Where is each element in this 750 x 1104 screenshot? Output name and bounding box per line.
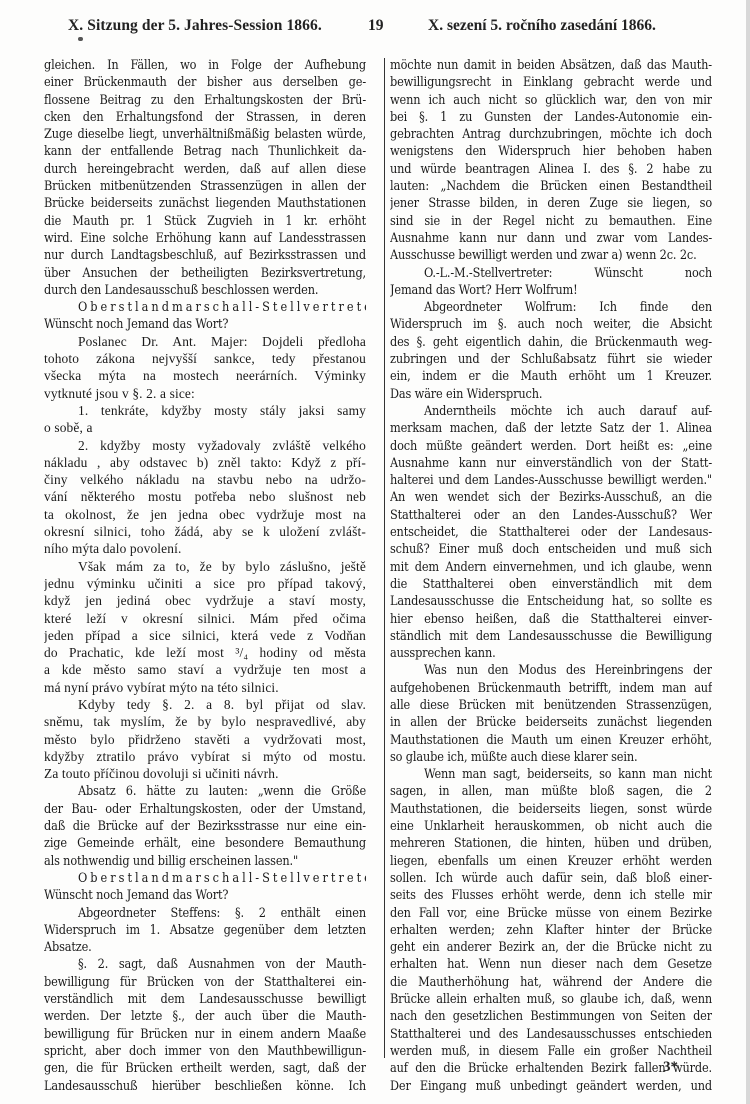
text-line: die Mauth pr. 1 Stück Zugvieh in 1 kr. e… [44,212,366,229]
text-line: die Mautherhöhung hat, während der Ander… [390,973,712,990]
text-line: wenigstens den Widerspruch hier behoben … [390,142,712,159]
text-line: erhalten werden; zehn Klafter hinter der… [390,921,712,938]
text-line: kann der entfallende Betrag nach Thunlic… [44,142,366,159]
text-line: Brücke allein erhalten muß, so glaube ic… [390,990,712,1007]
text-line: 2. kdyžby mosty vyžadovaly zvláště velké… [44,437,366,454]
text-line: sagen, in allen, man müßte bloß sagen, d… [390,782,712,799]
text-line: der Bau- oder Erhaltungskosten, oder der… [44,800,366,817]
text-line: všecka mýta na mostech neerárních. Výmin… [44,367,366,384]
text-line: Brücken mitbenützenden Strassenzügen in … [44,177,366,194]
text-line: möchte nun damit in beiden Absätzen, daß… [390,56,712,73]
text-line: nach den gesetzlichen Bestimmungen von S… [390,1007,712,1024]
document-page: X. Sitzung der 5. Jahres-Session 1866. 1… [0,0,750,1104]
text-line: bewilligung für Brücken nur in einem and… [44,1025,366,1042]
text-line: §. 2. sagt, daß Ausnahmen von der Mauth- [44,955,366,972]
text-line: erhalten hat. Wenn nun dieser nach dem G… [390,955,712,972]
column-divider [384,58,385,1058]
text-line: Anderntheils möchte ich auch darauf auf- [390,402,712,419]
text-line: mehreren Stationen, die hinten, hüben un… [390,834,712,851]
text-line: ständlich mit dem Landesausschusse die B… [390,627,712,644]
text-line: tohoto zákona nejvyšší sankce, tedy přes… [44,350,366,367]
text-line: když jen jediná obec vydržuje a staví mo… [44,592,366,609]
header-czech-title: X. sezení 5. ročního zasedání 1866. [428,17,656,35]
text-line: Kdyby tedy §. 2. a 8. byl přijat od slav… [44,696,366,713]
text-line: Wünscht noch Jemand das Wort? [44,315,366,332]
text-line: alle diese Brücken mit benützenden Stras… [390,696,712,713]
text-line: seits des Flusses erhöht werde, denn ich… [390,886,712,903]
text-line: Mauthstationen die Mauth um einen Kreuze… [390,731,712,748]
text-line: kdyžby ztratilo právo vybírat si mýto od… [44,748,366,765]
text-line: bewilligung für Brücken von der Statthal… [44,973,366,990]
text-line: Statthalterei oder an den Landes-Ausschu… [390,506,712,523]
text-line: Widerspruch im §. auch noch weiter, die … [390,315,712,332]
text-line: Landesausschuß hierüber beschließen könn… [44,1077,366,1094]
signature-mark: 3* [663,1059,678,1076]
text-line: einer Brückenmauth der bisher aus dersel… [44,73,366,90]
text-line: geht ein anderer Bezirk an, der die Brüc… [390,938,712,955]
text-line: doch müßte geändert werden. Dort heißt e… [390,437,712,454]
text-line: hier ebenso heißen, daß die Statthaltere… [390,610,712,627]
text-line: město bylo přidrženo stavěti a vydržovat… [44,731,366,748]
text-line: werden. Der letzte §., der auch über die… [44,1007,366,1024]
text-line: den Fall vor, eine Brücke müsse von eine… [390,904,712,921]
text-line: Jemand das Wort? Herr Wolfrum! [390,281,712,298]
text-line: Absatz 6. hätte zu lauten: „wenn die Grö… [44,782,366,799]
text-line: Ausschusse bewilligt werden und zwar a) … [390,246,712,263]
text-line: aussprechen kann. [390,644,712,661]
text-line: má nyní právo vybírat mýto na této silni… [44,679,366,696]
text-line: gleichen. In Fällen, wo in Folge der Auf… [44,56,366,73]
text-line: sněmu, tak myslím, že by bylo nespravedl… [44,713,366,730]
text-line: werden muß, in diesem Falle ein großer N… [390,1042,712,1059]
page-edge [746,0,750,1104]
text-line: so glaube ich, müßte auch diese klarer s… [390,748,712,765]
text-line: jener Strasse bilden, in deren Zuge sie … [390,194,712,211]
text-line: Wünscht noch Jemand das Wort? [44,886,366,903]
text-line: des §. geht eigentlich dahin, die Brücke… [390,333,712,350]
text-line: lauten: „Nachdem die Brücken einen Besta… [390,177,712,194]
text-line: zubringen und der Schlußabsatz führt sie… [390,350,712,367]
text-line: als nothwendig und billig erscheinen las… [44,852,366,869]
text-line: Poslanec Dr. Ant. Majer: Dojdeli předloh… [44,333,366,350]
header-german-title: X. Sitzung der 5. Jahres-Session 1866. [68,17,322,35]
text-line: vání některého mostu potřeba nebo slušno… [44,488,366,505]
text-line: Ausnahme kann nur dann und zwar vom Land… [390,229,712,246]
text-line: An wen wendet sich der Bezirks-Ausschuß,… [390,488,712,505]
ink-spot [78,37,83,41]
text-line: gen, die für Brücken ertheilt werden, sa… [44,1059,366,1076]
text-line: sind sie in der Regel nicht zu bemauthen… [390,212,712,229]
text-line: zige Gemeinde erhält, eine besondere Bem… [44,834,366,851]
text-line: in allen der Brücke beiderseits zunächst… [390,713,712,730]
text-line: durch den Landesausschuß beschlossen wer… [44,281,366,298]
text-line: Ausnahme kann nur einverständlich von de… [390,454,712,471]
text-line: Oberstlandmarschall-Stellvertreter: [44,869,366,886]
text-line: gebrachten Antrag durchzubringen, möchte… [390,125,712,142]
text-line: Abgeordneter Steffens: §. 2 enthält eine… [44,904,366,921]
text-line: verständlich mit dem Landesausschusse be… [44,990,366,1007]
text-line: ta okolnost, že jen jedna obec vydržuje … [44,506,366,523]
text-line: cken den Erhaltungsfond der Strassen, in… [44,108,366,125]
text-line: Wenn man sagt, beiderseits, so kann man … [390,765,712,782]
text-line: které leží v okresní silnici. Mám před o… [44,610,366,627]
text-line: jednu výminku učiniti a sice pro případ … [44,575,366,592]
text-line: Das wäre ein Widerspruch. [390,385,712,402]
right-column: möchte nun damit in beiden Absätzen, daß… [390,56,712,1094]
text-line: nur durch Landtagsbeschluß, auf Bezirkss… [44,246,366,263]
text-line: a kde město samo staví a vydržuje ten mo… [44,661,366,678]
text-line: über Ansuchen der betheiligten Bezirksve… [44,264,366,281]
text-line: Landesausschusse die Entscheidung hat, s… [390,592,712,609]
text-line: nákladu , aby odstavec b) zněl takto: Kd… [44,454,366,471]
text-line: Abgeordneter Wolfrum: Ich finde den [390,298,712,315]
text-line: Der Eingang muß unbedingt geändert werde… [390,1077,712,1094]
text-line: Mauthstationen, die beiderseits liegen, … [390,800,712,817]
text-line: sollen. Ich würde auch dafür sein, daß b… [390,869,712,886]
text-line: do Prachatic, kde leží most ³/₄ hodiny o… [44,644,366,661]
text-line: durch hereingebracht werden, daß auf all… [44,160,366,177]
text-line: daß die Brücke auf der Bezirksstrasse nu… [44,817,366,834]
text-line: Zuge dieselbe liegt, unverhältnißmäßig b… [44,125,366,142]
text-line: mit dem Andern einvernehmen, und ich gla… [390,558,712,575]
text-line: halterei und dem Landes-Ausschusse bewil… [390,471,712,488]
text-line: Brücke beiderseits zunächst liegenden Ma… [44,194,366,211]
text-line: Was nun den Modus des Hereinbringens der [390,661,712,678]
text-line: Statthalterei und des Landesausschusses … [390,1025,712,1042]
text-line: 1. tenkráte, kdyžby mosty stály jaksi sa… [44,402,366,419]
text-line: wird. Eine solche Erhöhung kann auf Land… [44,229,366,246]
text-line: Za touto příčinou dovoluji si učiniti ná… [44,765,366,782]
text-line: merksam machen, daß der letzte Satz der … [390,419,712,436]
text-line: entscheidet, die Statthalterei oder der … [390,523,712,540]
text-line: Oberstlandmarschall-Stellvertreter: [44,298,366,315]
text-line: Widerspruch im 1. Absatze gegenüber dem … [44,921,366,938]
text-line: flossene Beitrag zu den Erhaltungskosten… [44,91,366,108]
text-line: aufgehobenen Brückenmauth betrifft, inde… [390,679,712,696]
left-column: gleichen. In Fällen, wo in Folge der Auf… [44,56,366,1094]
text-line: die Statthalterei oben einverständlich m… [390,575,712,592]
page-header: X. Sitzung der 5. Jahres-Session 1866. 1… [0,17,750,39]
text-line: Absatze. [44,938,366,955]
text-line: spricht, aber doch immer von den Mauthbe… [44,1042,366,1059]
text-line: bei §. 1 zu Gunsten der Landes-Autonomie… [390,108,712,125]
text-line: činy velkého nákladu na stavbu nebo na u… [44,471,366,488]
text-line: ein, indem er die Mauth erhöht um 1 Kreu… [390,367,712,384]
text-line: und würde beantragen Alinea I. des §. 2 … [390,160,712,177]
text-line: wenn ich auch nicht so glücklich war, de… [390,91,712,108]
text-line: o sobě, a [44,419,366,436]
text-line: jeden případ a sice silnici, která vede … [44,627,366,644]
text-line: bewilligungsrecht in Einklang gebracht w… [390,73,712,90]
text-line: Však mám za to, že by bylo záslušno, ješ… [44,558,366,575]
text-line: ního mýta dalo povolení. [44,540,366,557]
text-line: okresní silnici, toho žádá, aby se k ulo… [44,523,366,540]
text-line: vytknuté jsou v §. 2. a sice: [44,385,366,402]
text-line: O.-L.-M.-Stellvertreter: Wünscht noch [390,264,712,281]
text-line: liegen, ebenfalls um einen Kreuzer erhöh… [390,852,712,869]
page-number: 19 [368,17,384,35]
text-line: eine Unklarheit herauskommen, ob nicht a… [390,817,712,834]
text-line: schuß? Einer muß doch entscheiden und mu… [390,540,712,557]
